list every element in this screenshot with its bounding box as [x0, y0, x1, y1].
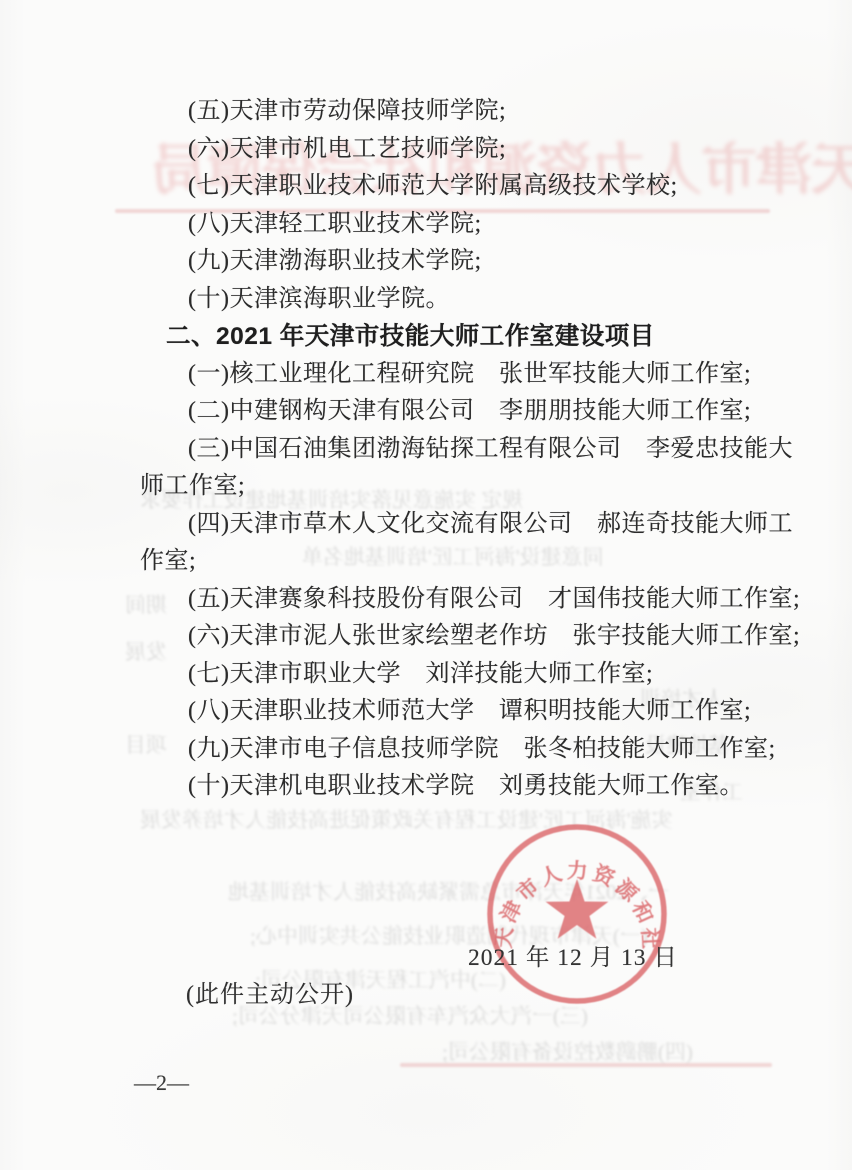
document-line: (九)天津渤海职业技术学院; [140, 243, 760, 281]
document-line: (二)中建钢构天津有限公司 李朋朋技能大师工作室; [140, 393, 760, 431]
document-line: (八)天津职业技术师范大学 谭积明技能大师工作室; [140, 693, 760, 731]
document-line: (七)天津市职业大学 刘洋技能大师工作室; [140, 656, 760, 694]
bleedthrough-text: (四)鹏鹞数控设备有限公司; [442, 1036, 693, 1066]
document-date: 2021 年 12 月 13 日 [468, 938, 678, 972]
document-line: (四)天津市草木人文化交流有限公司 郝连奇技能大师工 [140, 506, 760, 544]
document-line: (六)天津市机电工艺技师学院; [140, 131, 760, 169]
disclosure-note: (此件主动公开) [186, 974, 354, 1009]
document-line: (十)天津机电职业技术学院 刘勇技能大师工作室。 [140, 768, 760, 806]
document-line: (一)核工业理化工程研究院 张世军技能大师工作室; [140, 356, 760, 394]
document-line: (九)天津市电子信息技师学院 张冬柏技能大师工作室; [140, 731, 760, 769]
official-seal: 天津市人力资源和社会保障局 [462, 800, 692, 1030]
document-line: (十)天津滨海职业学院。 [140, 281, 760, 319]
scanned-document-page: 天津市人力资源和社会保障局规定 实施意见落实培训基地建设工作要求同意建设'海河工… [0, 0, 852, 1170]
document-line: 师工作室; [140, 468, 760, 506]
document-line: (七)天津职业技术师范大学附属高级技术学校; [140, 168, 760, 206]
document-line: (五)天津赛象科技股份有限公司 才国伟技能大师工作室; [140, 581, 760, 619]
document-body: (五)天津市劳动保障技师学院;(六)天津市机电工艺技师学院;(七)天津职业技术师… [140, 93, 760, 806]
document-line: (六)天津市泥人张世家绘塑老作坊 张宇技能大师工作室; [140, 618, 760, 656]
document-line: (三)中国石油集团渤海钻探工程有限公司 李爱忠技能大 [140, 431, 760, 469]
red-star-icon [546, 879, 609, 939]
page-number: —2— [134, 1070, 189, 1096]
document-line: (五)天津市劳动保障技师学院; [140, 93, 760, 131]
document-line: (八)天津轻工职业技术学院; [140, 206, 760, 244]
document-line: 作室; [140, 543, 760, 581]
section-heading: 二、2021 年天津市技能大师工作室建设项目 [140, 318, 760, 356]
